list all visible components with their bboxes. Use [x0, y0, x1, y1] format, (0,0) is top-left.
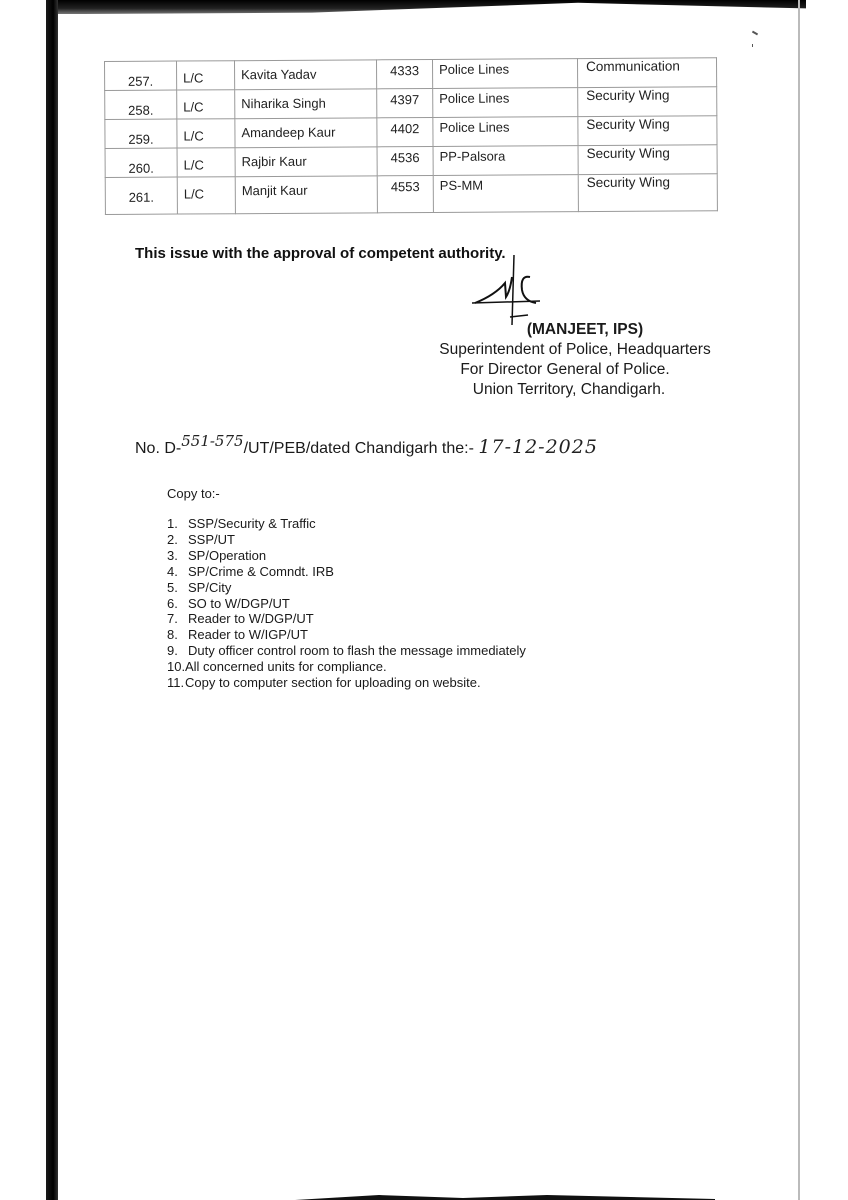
belt-number-cell: 4402: [377, 117, 433, 146]
approval-statement: This issue with the approval of competen…: [135, 245, 506, 262]
list-item: 9.Duty officer control room to flash the…: [167, 643, 526, 659]
list-item-number: 7.: [167, 611, 188, 627]
list-item: 8.Reader to W/IGP/UT: [167, 627, 526, 643]
list-item-number: 2.: [167, 532, 188, 548]
posted-to-cell: Communication: [577, 58, 716, 88]
rank-cell: L/C: [177, 177, 235, 214]
list-item-number: 5.: [167, 580, 188, 596]
signature-mark: [470, 255, 560, 325]
posted-to-cell: Security Wing: [578, 174, 717, 212]
serial-number-cell: 257.: [105, 61, 177, 90]
list-item-text: All concerned units for compliance.: [185, 659, 387, 675]
list-item-number: 8.: [167, 627, 188, 643]
posted-from-cell: Police Lines: [433, 117, 578, 147]
serial-number-cell: 259.: [105, 119, 177, 148]
list-item-number: 10.: [167, 659, 185, 675]
list-item: 3.SP/Operation: [167, 548, 526, 564]
posted-to-cell: Security Wing: [578, 145, 717, 175]
posted-from-cell: Police Lines: [433, 88, 578, 118]
posted-from-cell: Police Lines: [432, 59, 577, 89]
table-row: 257.L/CKavita Yadav4333Police LinesCommu…: [105, 58, 717, 91]
list-item: 11.Copy to computer section for uploadin…: [167, 675, 526, 691]
list-item: 7.Reader to W/DGP/UT: [167, 611, 526, 627]
scan-shadow-top: [46, 0, 806, 14]
transfer-roster-table: 257.L/CKavita Yadav4333Police LinesCommu…: [104, 57, 718, 215]
name-cell: Amandeep Kaur: [235, 118, 377, 148]
name-cell: Kavita Yadav: [235, 60, 377, 90]
list-item-text: SP/Operation: [188, 548, 266, 564]
rank-cell: L/C: [177, 61, 235, 90]
scan-speck: [752, 31, 758, 36]
belt-number-cell: 4553: [377, 175, 433, 212]
reference-middle: /UT/PEB/dated Chandigarh the:-: [244, 440, 474, 457]
name-cell: Niharika Singh: [235, 89, 377, 119]
serial-number-cell: 258.: [105, 90, 177, 119]
name-cell: Rajbir Kaur: [235, 147, 377, 177]
list-item-number: 11.: [167, 675, 185, 691]
list-item-text: Reader to W/DGP/UT: [188, 611, 314, 627]
list-item-text: SSP/Security & Traffic: [188, 516, 316, 532]
belt-number-cell: 4397: [377, 88, 433, 117]
posted-from-cell: PS-MM: [433, 175, 578, 213]
list-item: 4.SP/Crime & Comndt. IRB: [167, 564, 526, 580]
rank-cell: L/C: [177, 119, 235, 148]
posted-from-cell: PP-Palsora: [433, 146, 578, 176]
scan-shadow-bottom: [295, 1195, 715, 1200]
rank-cell: L/C: [177, 148, 235, 177]
copy-to-heading: Copy to:-: [167, 486, 220, 501]
belt-number-cell: 4536: [377, 146, 433, 175]
serial-number-cell: 260.: [105, 148, 177, 177]
reference-prefix: No. D-: [135, 440, 181, 457]
list-item-text: Duty officer control room to flash the m…: [188, 643, 526, 659]
list-item-text: SSP/UT: [188, 532, 235, 548]
list-item-text: SP/Crime & Comndt. IRB: [188, 564, 334, 580]
list-item: 2.SSP/UT: [167, 532, 526, 548]
list-item-text: SP/City: [188, 580, 231, 596]
belt-number-cell: 4333: [376, 59, 432, 88]
name-cell: Manjit Kaur: [235, 176, 377, 214]
list-item-number: 3.: [167, 548, 188, 564]
posted-to-cell: Security Wing: [578, 87, 717, 117]
serial-number-cell: 261.: [105, 177, 177, 214]
signatory-location: Union Territory, Chandigarh.: [398, 380, 740, 400]
signatory-on-behalf: For Director General of Police.: [390, 360, 740, 380]
table-row: 258.L/CNiharika Singh4397Police LinesSec…: [105, 87, 717, 120]
handwritten-range: 551-575: [181, 432, 243, 450]
list-item: 5.SP/City: [167, 580, 526, 596]
list-item: 6.SO to W/DGP/UT: [167, 596, 526, 612]
list-item-number: 9.: [167, 643, 188, 659]
list-item: 10.All concerned units for compliance.: [167, 659, 526, 675]
signatory-name: (MANJEET, IPS): [430, 320, 740, 340]
rank-cell: L/C: [177, 90, 235, 119]
list-item-text: SO to W/DGP/UT: [188, 596, 290, 612]
table-row: 260.L/CRajbir Kaur4536PP-PalsoraSecurity…: [105, 145, 717, 178]
copy-to-list: 1.SSP/Security & Traffic2.SSP/UT3.SP/Ope…: [167, 516, 526, 691]
posted-to-cell: Security Wing: [578, 116, 717, 146]
signatory-block: (MANJEET, IPS) Superintendent of Police,…: [410, 320, 740, 400]
scan-shadow-left: [46, 0, 58, 1200]
handwritten-date: 17-12-2025: [478, 436, 598, 458]
list-item-number: 4.: [167, 564, 188, 580]
reference-number-line: No. D-551-575/UT/PEB/dated Chandigarh th…: [135, 436, 598, 458]
table-row: 259.L/CAmandeep Kaur4402Police LinesSecu…: [105, 116, 717, 149]
list-item-number: 6.: [167, 596, 188, 612]
list-item: 1.SSP/Security & Traffic: [167, 516, 526, 532]
list-item-number: 1.: [167, 516, 188, 532]
signatory-designation: Superintendent of Police, Headquarters: [410, 340, 740, 360]
scan-speck: [752, 44, 753, 47]
list-item-text: Reader to W/IGP/UT: [188, 627, 308, 643]
list-item-text: Copy to computer section for uploading o…: [185, 675, 481, 691]
page-edge-right: [798, 0, 800, 1200]
table-row: 261.L/CManjit Kaur4553PS-MMSecurity Wing: [105, 174, 717, 215]
